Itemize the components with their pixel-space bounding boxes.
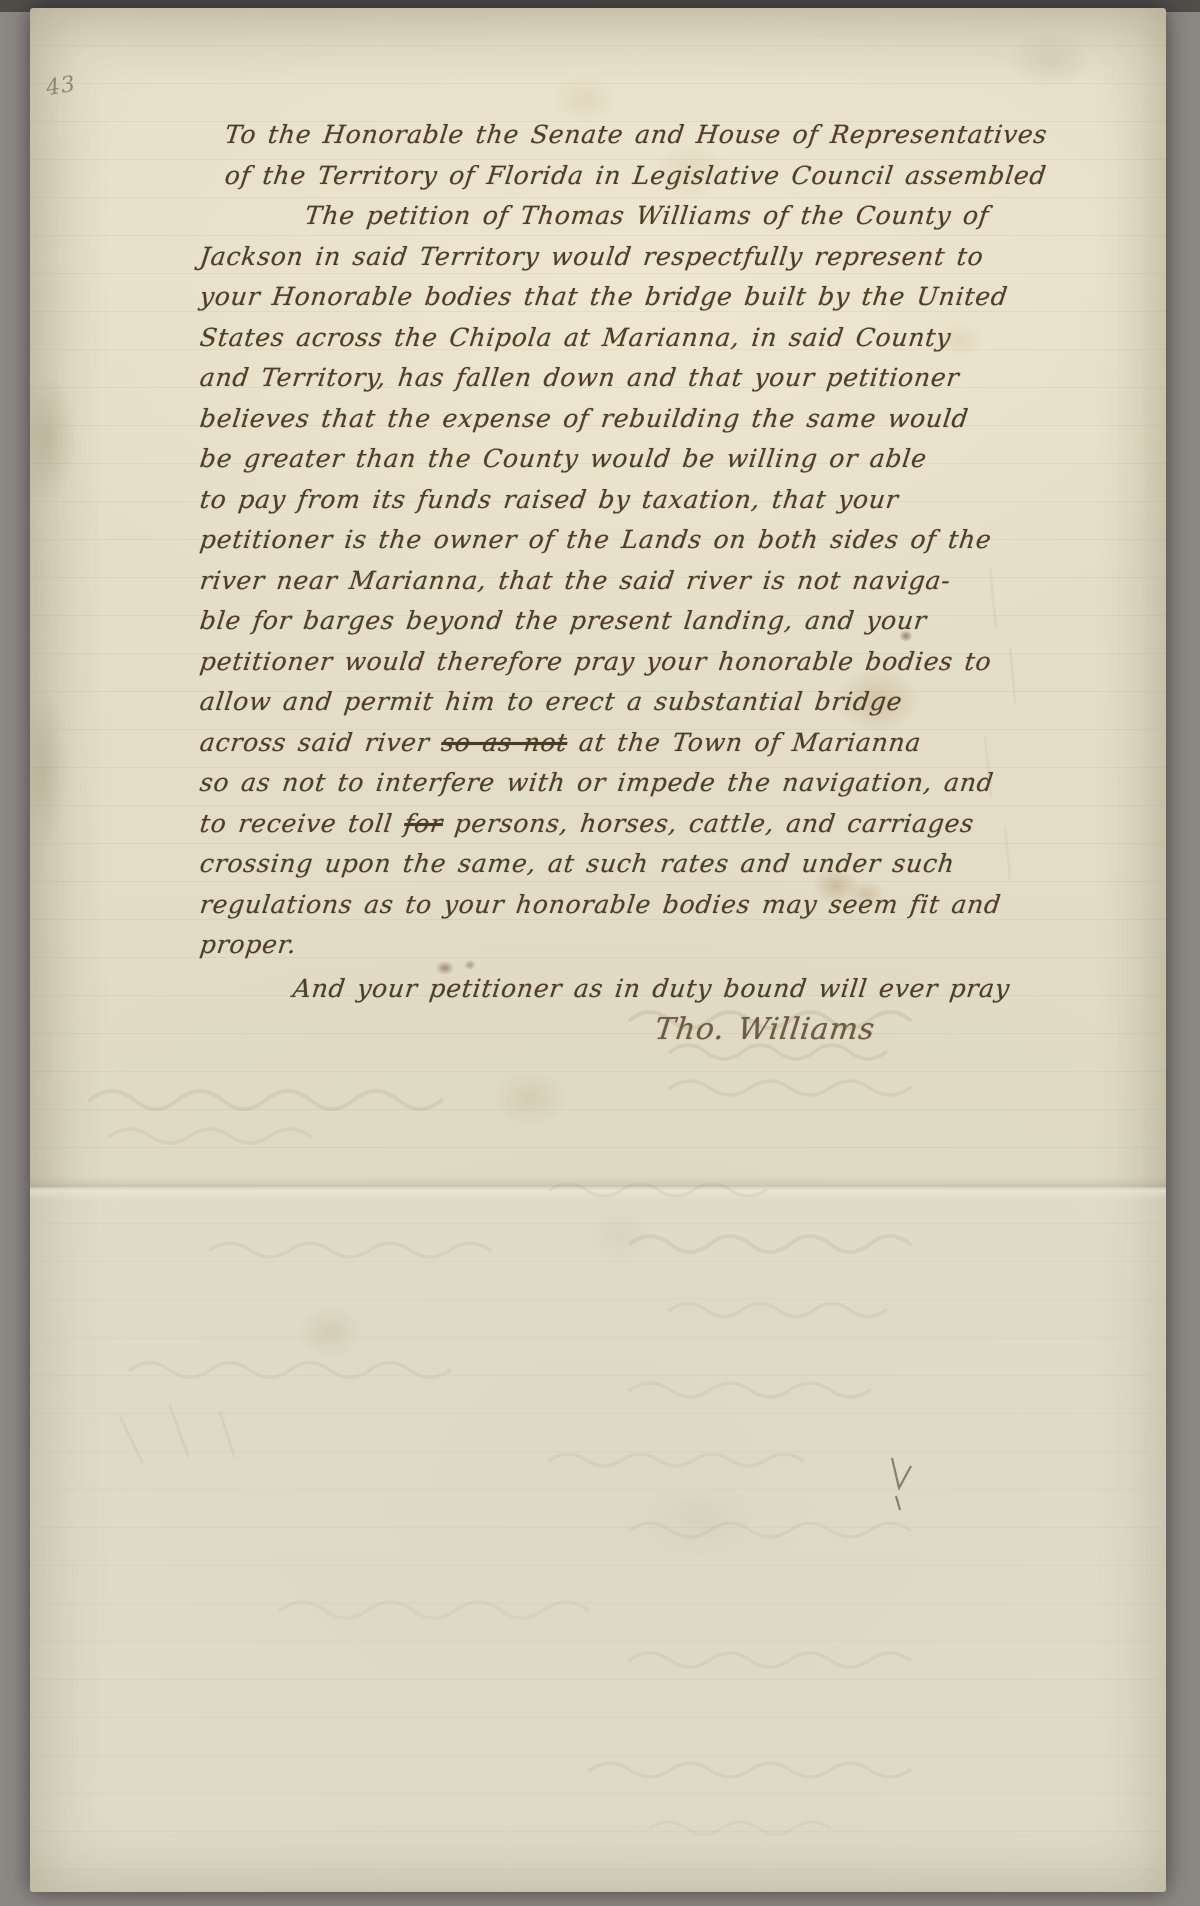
manuscript-segment: allow and permit him to erect a substant… bbox=[198, 687, 904, 716]
manuscript-line: river near Marianna, that the said river… bbox=[198, 561, 1169, 602]
manuscript-segment: And your petitioner as in duty bound wil… bbox=[291, 974, 1011, 1003]
pencil-check-mark bbox=[892, 1458, 911, 1510]
manuscript-segment: at the Town of Marianna bbox=[566, 728, 923, 757]
manuscript-segment: petitioner would therefore pray your hon… bbox=[198, 647, 993, 676]
struck-text: so as not bbox=[440, 728, 569, 757]
manuscript-segment: To the Honorable the Senate and House of… bbox=[223, 120, 1049, 149]
manuscript-line: and Territory, has fallen down and that … bbox=[198, 358, 1169, 399]
manuscript-text: To the Honorable the Senate and House of… bbox=[30, 115, 1166, 1051]
manuscript-line: To the Honorable the Senate and House of… bbox=[223, 115, 1169, 156]
manuscript-line: allow and permit him to erect a substant… bbox=[198, 682, 1169, 723]
manuscript-line: be greater than the County would be will… bbox=[198, 439, 1169, 480]
manuscript-segment: of the Territory of Florida in Legislati… bbox=[223, 161, 1048, 190]
manuscript-line: proper. bbox=[198, 925, 1169, 966]
manuscript-segment: your Honorable bodies that the bridge bu… bbox=[198, 282, 1009, 311]
lower-paper-tone bbox=[30, 1188, 1166, 1892]
manuscript-line: The petition of Thomas Williams of the C… bbox=[303, 196, 1169, 237]
manuscript-line: your Honorable bodies that the bridge bu… bbox=[198, 277, 1169, 318]
manuscript-segment: petitioner is the owner of the Lands on … bbox=[198, 525, 993, 554]
manuscript-segment: proper. bbox=[198, 930, 298, 959]
manuscript-segment: Jackson in said Territory would respectf… bbox=[198, 242, 985, 271]
manuscript-line: petitioner is the owner of the Lands on … bbox=[198, 520, 1169, 561]
signature-line: Tho. Williams bbox=[653, 1010, 1169, 1051]
manuscript-line: so as not to interfere with or impede th… bbox=[198, 763, 1169, 804]
manuscript-segment: and Territory, has fallen down and that … bbox=[198, 363, 961, 392]
manuscript-segment: to receive toll bbox=[198, 809, 406, 838]
manuscript-line: crossing upon the same, at such rates an… bbox=[198, 844, 1169, 885]
manuscript-segment: Tho. Williams bbox=[653, 1012, 877, 1047]
manuscript-line: believes that the expense of rebuilding … bbox=[198, 399, 1169, 440]
manuscript-segment: persons, horses, cattle, and carriages bbox=[441, 809, 976, 838]
manuscript-segment: to pay from its funds raised by taxation… bbox=[198, 485, 900, 514]
manuscript-line: of the Territory of Florida in Legislati… bbox=[223, 156, 1169, 197]
manuscript-line: to pay from its funds raised by taxation… bbox=[198, 480, 1169, 521]
archive-number-pencil: 43 bbox=[44, 72, 78, 101]
manuscript-line: to receive toll for persons, horses, cat… bbox=[198, 804, 1169, 845]
manuscript-line: across said river so as not at the Town … bbox=[198, 723, 1169, 764]
manuscript-line: ble for barges beyond the present landin… bbox=[198, 601, 1169, 642]
manuscript-paper: 43 To the Honorable the Senate and House… bbox=[30, 8, 1166, 1892]
manuscript-segment: believes that the expense of rebuilding … bbox=[198, 404, 970, 433]
scanned-document-page: { "page": { "archive_number": "43" }, "m… bbox=[0, 0, 1200, 1906]
manuscript-segment: ble for barges beyond the present landin… bbox=[198, 606, 928, 635]
manuscript-segment: The petition of Thomas Williams of the C… bbox=[303, 201, 990, 230]
manuscript-segment: across said river bbox=[198, 728, 443, 757]
manuscript-segment: crossing upon the same, at such rates an… bbox=[198, 849, 956, 878]
manuscript-segment: States across the Chipola at Marianna, i… bbox=[198, 323, 953, 352]
manuscript-line: regulations as to your honorable bodies … bbox=[198, 885, 1169, 926]
struck-text: for bbox=[403, 809, 445, 838]
manuscript-segment: so as not to interfere with or impede th… bbox=[198, 768, 995, 797]
manuscript-segment: be greater than the County would be will… bbox=[198, 444, 928, 473]
manuscript-line: Jackson in said Territory would respectf… bbox=[198, 237, 1169, 278]
manuscript-line: petitioner would therefore pray your hon… bbox=[198, 642, 1169, 683]
manuscript-segment: river near Marianna, that the said river… bbox=[198, 566, 952, 595]
manuscript-line: And your petitioner as in duty bound wil… bbox=[291, 969, 1169, 1010]
fold-crease bbox=[30, 1176, 1166, 1200]
manuscript-segment: regulations as to your honorable bodies … bbox=[198, 890, 1003, 919]
manuscript-line: States across the Chipola at Marianna, i… bbox=[198, 318, 1169, 359]
